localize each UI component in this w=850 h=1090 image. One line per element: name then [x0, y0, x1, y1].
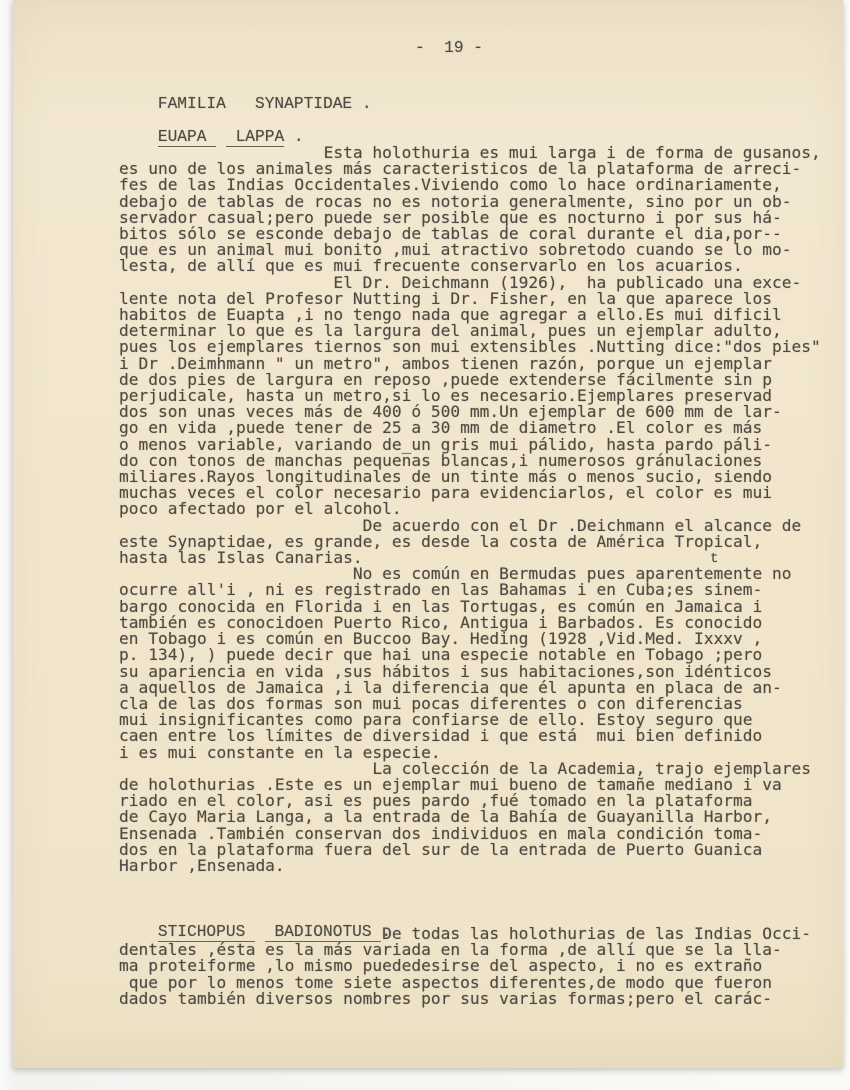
overtype-t-artifact: t	[710, 551, 718, 567]
body-text-stichopus-section: De todas las holothurias de las Indias O…	[119, 926, 811, 1007]
body-text-euapa-section: Esta holothuria es mui larga i de forma …	[119, 145, 821, 874]
document-page: - 19 - FAMILIA SYNAPTIDAE . EUAPA LAPPA …	[13, 0, 843, 1068]
heading-familia-text: FAMILIA SYNAPTIDAE .	[158, 95, 372, 113]
page-number: - 19 -	[415, 40, 483, 56]
